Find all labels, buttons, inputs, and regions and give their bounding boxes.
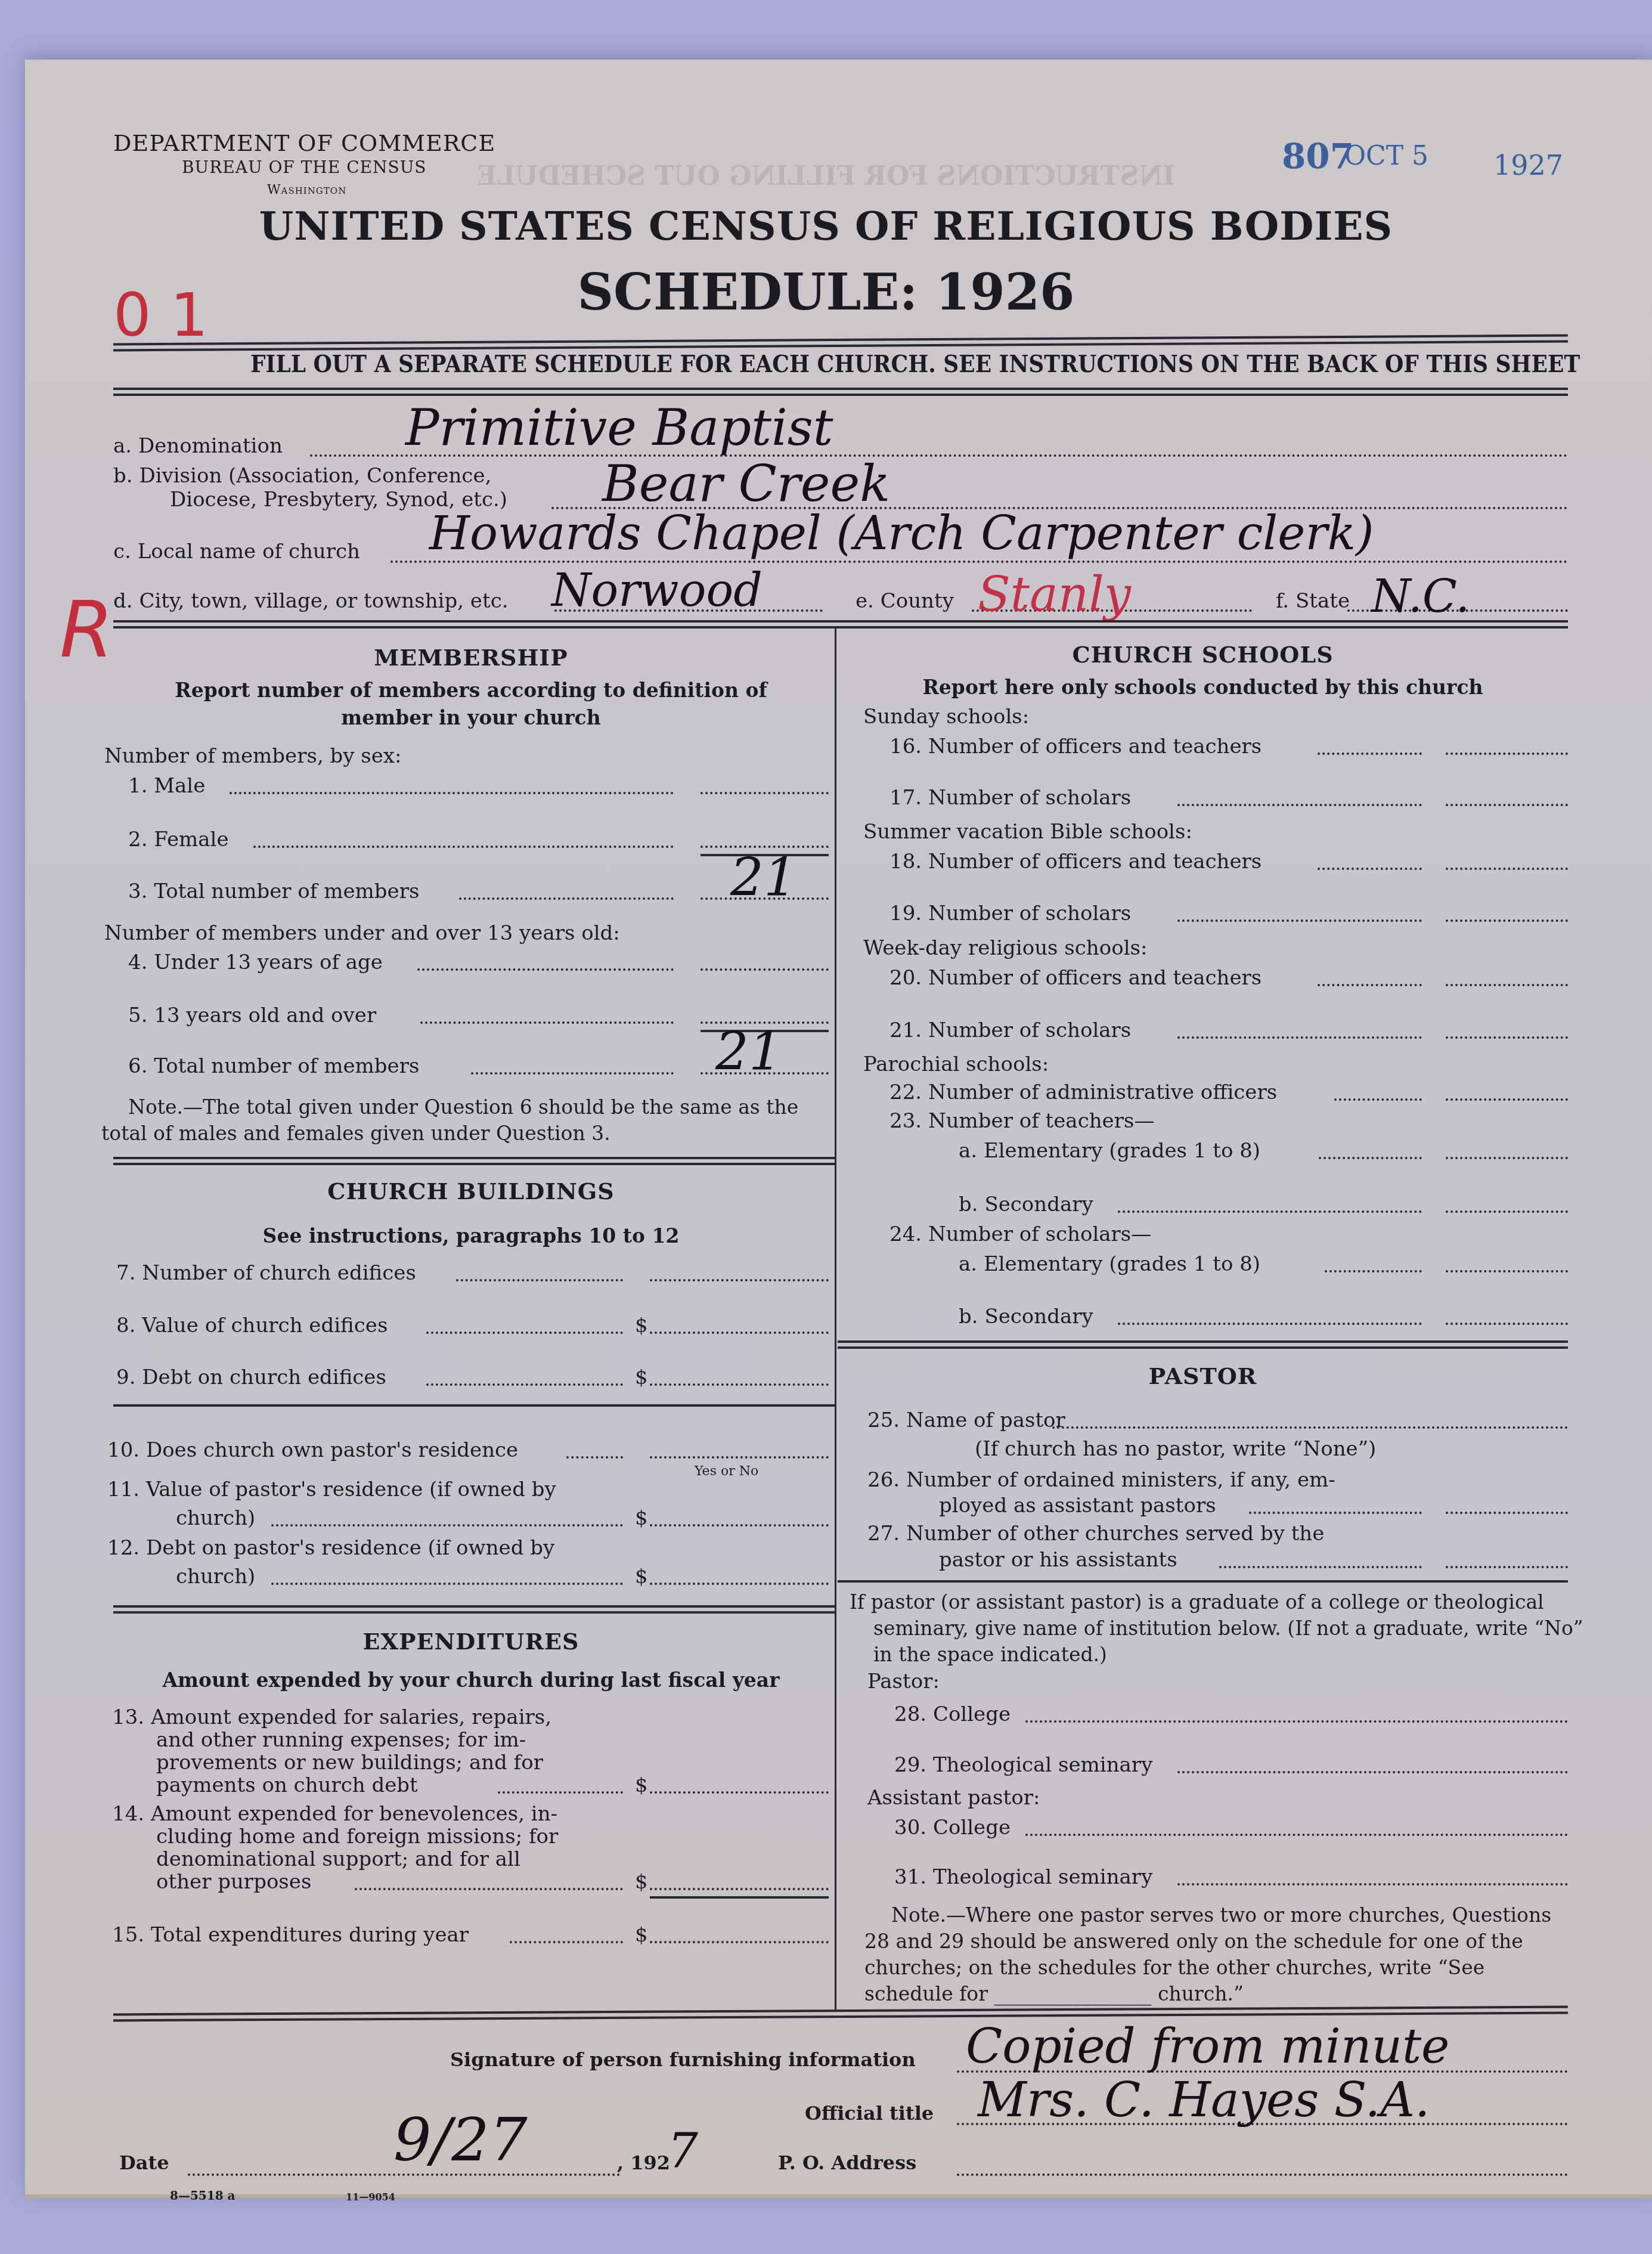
pastor-education-heading: Pastor: bbox=[867, 1670, 940, 1693]
edifice-value-dollar: $ bbox=[635, 1314, 648, 1337]
residence-value-field[interactable] bbox=[650, 1524, 829, 1527]
running-expenses-dollar: $ bbox=[635, 1773, 648, 1797]
sunday-officers-leader bbox=[1318, 753, 1422, 755]
over-13-leader bbox=[420, 1021, 674, 1024]
form-title: UNITED STATES CENSUS OF RELIGIOUS BODIES bbox=[0, 203, 1652, 249]
po-address-field[interactable] bbox=[957, 2173, 1568, 2176]
sunday-schools-heading: Sunday schools: bbox=[863, 705, 1029, 729]
parochial-scholars-elementary-leader bbox=[1325, 1270, 1422, 1272]
state-field[interactable]: N.C. bbox=[1371, 569, 1470, 623]
weekday-officers-leader bbox=[1318, 984, 1422, 986]
weekday-scholars-field[interactable] bbox=[1446, 1036, 1568, 1039]
identification-double-rule bbox=[113, 620, 1568, 628]
pastor-note: Note.—Where one pastor serves two or mor… bbox=[864, 1902, 1568, 2007]
date-label: Date bbox=[119, 2151, 169, 2174]
red-code-mark: 0 1 bbox=[113, 280, 208, 350]
total-expenditures-dollar: $ bbox=[635, 1923, 648, 1947]
total-expenditures-label: 15. Total expenditures during year bbox=[112, 1923, 469, 1947]
under-13-leader bbox=[417, 968, 674, 971]
weekday-schools-heading: Week-day religious schools: bbox=[863, 936, 1147, 960]
assistant-ministers-leader bbox=[1249, 1512, 1422, 1514]
male-leader bbox=[230, 792, 674, 794]
church-schools-title: CHURCH SCHOOLS bbox=[838, 641, 1568, 668]
benevolences-label-4: other purposes bbox=[156, 1870, 311, 1894]
other-churches-field[interactable] bbox=[1446, 1566, 1568, 1568]
official-title-field[interactable]: Mrs. C. Hayes S.A. bbox=[978, 2072, 1430, 2128]
parochial-admin-field[interactable] bbox=[1446, 1098, 1568, 1101]
bureau-name: BUREAU OF THE CENSUS bbox=[182, 157, 426, 177]
residence-value-label-cont: church) bbox=[176, 1506, 255, 1530]
parochial-teachers-elementary-leader bbox=[1319, 1157, 1422, 1159]
parochial-teachers-elementary-field[interactable] bbox=[1446, 1157, 1568, 1159]
edifice-count-leader bbox=[456, 1279, 623, 1281]
parochial-scholars-heading: 24. Number of scholars— bbox=[889, 1222, 1151, 1246]
weekday-officers-label: 20. Number of officers and teachers bbox=[889, 966, 1262, 990]
expenditures-subtitle: Amount expended by your church during la… bbox=[113, 1667, 829, 1694]
city-field[interactable]: Norwood bbox=[551, 563, 763, 617]
total-members-age-leader bbox=[471, 1072, 674, 1075]
running-expenses-label-2: and other running expenses; for im- bbox=[156, 1728, 526, 1752]
signature-field[interactable]: Copied from minute bbox=[966, 2018, 1449, 2074]
total-members-label: 3. Total number of members bbox=[128, 880, 419, 903]
po-address-label: P. O. Address bbox=[778, 2151, 916, 2174]
summer-scholars-label: 19. Number of scholars bbox=[889, 902, 1131, 925]
sunday-officers-label: 16. Number of officers and teachers bbox=[889, 735, 1262, 758]
owns-residence-leader bbox=[566, 1456, 623, 1459]
total-members-field[interactable]: 21 bbox=[730, 847, 797, 908]
pastor-title: PASTOR bbox=[838, 1363, 1568, 1389]
residence-value-dollar: $ bbox=[635, 1506, 648, 1530]
residence-debt-field[interactable] bbox=[650, 1583, 829, 1585]
instruction-double-rule bbox=[113, 388, 1568, 396]
edifice-count-field[interactable] bbox=[650, 1279, 829, 1281]
residence-value-label: 11. Value of pastor's residence (if owne… bbox=[107, 1478, 556, 1501]
parochial-teachers-heading: 23. Number of teachers— bbox=[889, 1109, 1154, 1133]
benevolences-field[interactable] bbox=[650, 1888, 829, 1890]
signature-label: Signature of person furnishing informati… bbox=[450, 2048, 916, 2071]
running-expenses-label-4: payments on church debt bbox=[156, 1773, 418, 1797]
column-divider bbox=[835, 626, 836, 2010]
received-stamp-number: 807 bbox=[1282, 136, 1354, 177]
form-number: 8—5518 a bbox=[170, 2188, 235, 2203]
red-margin-mark: R bbox=[60, 584, 113, 675]
state-label: f. State bbox=[1276, 589, 1350, 613]
other-churches-leader bbox=[1219, 1566, 1422, 1568]
assistant-education-heading: Assistant pastor: bbox=[867, 1786, 1040, 1810]
total-expenditures-field[interactable] bbox=[650, 1941, 829, 1943]
edifice-count-label: 7. Number of church edifices bbox=[116, 1261, 416, 1285]
parochial-scholars-elementary-field[interactable] bbox=[1446, 1270, 1568, 1272]
residence-debt-label-cont: church) bbox=[176, 1565, 255, 1589]
edifice-debt-dollar: $ bbox=[635, 1366, 648, 1389]
membership-title: MEMBERSHIP bbox=[113, 644, 829, 671]
summer-officers-field[interactable] bbox=[1446, 868, 1568, 870]
total-members-age-field[interactable]: 21 bbox=[715, 1021, 782, 1082]
edifice-value-field[interactable] bbox=[650, 1332, 829, 1334]
benevolences-label-1: 14. Amount expended for benevolences, in… bbox=[112, 1802, 557, 1826]
benevolences-total-rule bbox=[650, 1896, 829, 1899]
female-label: 2. Female bbox=[128, 828, 229, 852]
date-field[interactable]: 9/27 bbox=[393, 2105, 528, 2175]
sunday-scholars-label: 17. Number of scholars bbox=[889, 786, 1131, 810]
received-stamp-date: OCT 5 bbox=[1344, 141, 1428, 171]
over-13-label: 5. 13 years old and over bbox=[128, 1004, 376, 1027]
edifice-value-label: 8. Value of church edifices bbox=[116, 1314, 388, 1337]
assistant-college-field[interactable] bbox=[1025, 1834, 1568, 1836]
parochial-teachers-secondary-field[interactable] bbox=[1446, 1210, 1568, 1213]
parochial-teachers-secondary-label: b. Secondary bbox=[959, 1193, 1093, 1216]
membership-by-age-heading: Number of members under and over 13 year… bbox=[104, 921, 620, 945]
form-schedule-year: SCHEDULE: 1926 bbox=[0, 262, 1652, 321]
received-stamp-year: 1927 bbox=[1493, 149, 1563, 181]
membership-note: Note.—The total given under Question 6 s… bbox=[101, 1094, 823, 1147]
total-members-leader bbox=[459, 897, 674, 900]
membership-by-sex-heading: Number of members, by sex: bbox=[104, 744, 401, 768]
sunday-officers-field[interactable] bbox=[1446, 753, 1568, 755]
date-year-prefix: , 192 bbox=[617, 2151, 670, 2174]
church-buildings-subtitle: See instructions, paragraphs 10 to 12 bbox=[113, 1222, 829, 1250]
total-members-age-label: 6. Total number of members bbox=[128, 1054, 419, 1078]
parochial-teachers-elementary-label: a. Elementary (grades 1 to 8) bbox=[959, 1139, 1260, 1163]
residence-debt-label: 12. Debt on pastor's residence (if owned… bbox=[107, 1536, 554, 1560]
pastor-college-label: 28. College bbox=[894, 1702, 1011, 1726]
owns-residence-field[interactable] bbox=[650, 1456, 829, 1459]
edifice-debt-label: 9. Debt on church edifices bbox=[116, 1366, 386, 1389]
assistant-ministers-field[interactable] bbox=[1446, 1512, 1568, 1514]
under-13-field[interactable] bbox=[701, 968, 829, 971]
pastor-name-field[interactable] bbox=[1052, 1426, 1568, 1429]
other-churches-label-cont: pastor or his assistants bbox=[939, 1548, 1177, 1572]
summer-scholars-leader bbox=[1177, 919, 1422, 922]
division-label-line1: b. Division (Association, Conference, bbox=[113, 464, 491, 488]
benevolences-label-2: cluding home and foreign missions; for bbox=[156, 1825, 558, 1849]
expenditures-title: EXPENDITURES bbox=[113, 1628, 829, 1655]
edifice-debt-leader bbox=[426, 1383, 623, 1386]
parochial-scholars-elementary-label: a. Elementary (grades 1 to 8) bbox=[959, 1252, 1260, 1276]
summer-scholars-field[interactable] bbox=[1446, 919, 1568, 922]
other-churches-label: 27. Number of other churches served by t… bbox=[867, 1522, 1324, 1546]
running-expenses-leader bbox=[498, 1791, 623, 1794]
parochial-admin-label: 22. Number of administrative officers bbox=[889, 1080, 1277, 1104]
parochial-admin-leader bbox=[1334, 1098, 1422, 1101]
local-name-field[interactable]: Howards Chapel (Arch Carpenter clerk) bbox=[429, 507, 1374, 561]
under-13-label: 4. Under 13 years of age bbox=[128, 950, 383, 974]
education-intro: If pastor (or assistant pastor) is a gra… bbox=[850, 1589, 1595, 1668]
print-code: 11—9054 bbox=[346, 2191, 395, 2203]
parochial-scholars-secondary-label: b. Secondary bbox=[959, 1305, 1093, 1329]
official-title-label: Official title bbox=[805, 2102, 934, 2125]
pastor-name-label: 25. Name of pastor bbox=[867, 1408, 1065, 1432]
weekday-scholars-label: 21. Number of scholars bbox=[889, 1018, 1131, 1042]
owns-residence-hint: Yes or No bbox=[695, 1464, 758, 1479]
parochial-scholars-secondary-field[interactable] bbox=[1446, 1323, 1568, 1325]
total-expenditures-leader bbox=[510, 1941, 623, 1943]
pastor-seminary-label: 29. Theological seminary bbox=[894, 1753, 1152, 1777]
parochial-teachers-secondary-leader bbox=[1118, 1210, 1422, 1213]
edifice-value-leader bbox=[426, 1332, 623, 1334]
bureau-city: Washington bbox=[267, 182, 346, 197]
pastor-name-hint: (If church has no pastor, write “None”) bbox=[975, 1437, 1376, 1461]
summer-officers-leader bbox=[1318, 868, 1422, 870]
summer-officers-label: 18. Number of officers and teachers bbox=[889, 850, 1262, 874]
county-field[interactable]: Stanly bbox=[978, 566, 1131, 622]
running-expenses-label-3: provements or new buildings; and for bbox=[156, 1751, 543, 1775]
residence-debt-leader bbox=[271, 1583, 623, 1585]
membership-subtitle: Report number of members according to de… bbox=[149, 677, 793, 732]
female-leader bbox=[253, 846, 674, 848]
denomination-field[interactable]: Primitive Baptist bbox=[405, 398, 833, 457]
parochial-schools-heading: Parochial schools: bbox=[863, 1052, 1049, 1076]
pastor-college-field[interactable] bbox=[1025, 1720, 1568, 1723]
church-buildings-title: CHURCH BUILDINGS bbox=[113, 1178, 829, 1205]
running-expenses-label-1: 13. Amount expended for salaries, repair… bbox=[112, 1705, 551, 1729]
date-year-digit[interactable]: 7 bbox=[668, 2123, 698, 2178]
pastor-seminary-field[interactable] bbox=[1177, 1771, 1568, 1773]
male-label: 1. Male bbox=[128, 774, 205, 798]
benevolences-label-3: denominational support; and for all bbox=[156, 1847, 520, 1871]
running-expenses-field[interactable] bbox=[650, 1791, 829, 1794]
sunday-scholars-field[interactable] bbox=[1446, 804, 1568, 806]
male-field[interactable] bbox=[701, 792, 829, 794]
benevolences-leader bbox=[355, 1888, 623, 1890]
local-name-field-line bbox=[390, 561, 1568, 563]
fill-out-instruction: FILL OUT A SEPARATE SCHEDULE FOR EACH CH… bbox=[250, 351, 1580, 378]
pastor-divider bbox=[838, 1580, 1568, 1583]
residence-value-leader bbox=[271, 1524, 623, 1527]
schools-double-rule bbox=[838, 1340, 1568, 1349]
assistant-ministers-label-cont: ployed as assistant pastors bbox=[939, 1494, 1216, 1518]
membership-double-rule bbox=[113, 1157, 835, 1165]
buildings-double-rule bbox=[113, 1605, 835, 1614]
local-name-label: c. Local name of church bbox=[113, 540, 360, 563]
benevolences-dollar: $ bbox=[635, 1870, 648, 1894]
parochial-scholars-secondary-leader bbox=[1118, 1323, 1422, 1325]
denomination-label: a. Denomination bbox=[113, 434, 283, 458]
department-name: DEPARTMENT OF COMMERCE bbox=[113, 130, 495, 156]
assistant-seminary-field[interactable] bbox=[1177, 1883, 1568, 1885]
city-label: d. City, town, village, or township, etc… bbox=[113, 589, 509, 613]
assistant-seminary-label: 31. Theological seminary bbox=[894, 1865, 1152, 1889]
residence-debt-dollar: $ bbox=[635, 1565, 648, 1589]
weekday-officers-field[interactable] bbox=[1446, 984, 1568, 986]
sunday-scholars-leader bbox=[1177, 804, 1422, 806]
summer-schools-heading: Summer vacation Bible schools: bbox=[863, 820, 1192, 844]
assistant-college-label: 30. College bbox=[894, 1816, 1011, 1840]
division-field[interactable]: Bear Creek bbox=[602, 454, 890, 513]
edifice-debt-field[interactable] bbox=[650, 1383, 829, 1386]
church-schools-subtitle: Report here only schools conducted by th… bbox=[838, 674, 1568, 701]
buildings-divider bbox=[113, 1404, 835, 1407]
weekday-scholars-leader bbox=[1177, 1036, 1422, 1039]
owns-residence-label: 10. Does church own pastor's residence bbox=[107, 1438, 518, 1462]
county-label: e. County bbox=[856, 589, 954, 613]
assistant-ministers-label: 26. Number of ordained ministers, if any… bbox=[867, 1468, 1335, 1492]
